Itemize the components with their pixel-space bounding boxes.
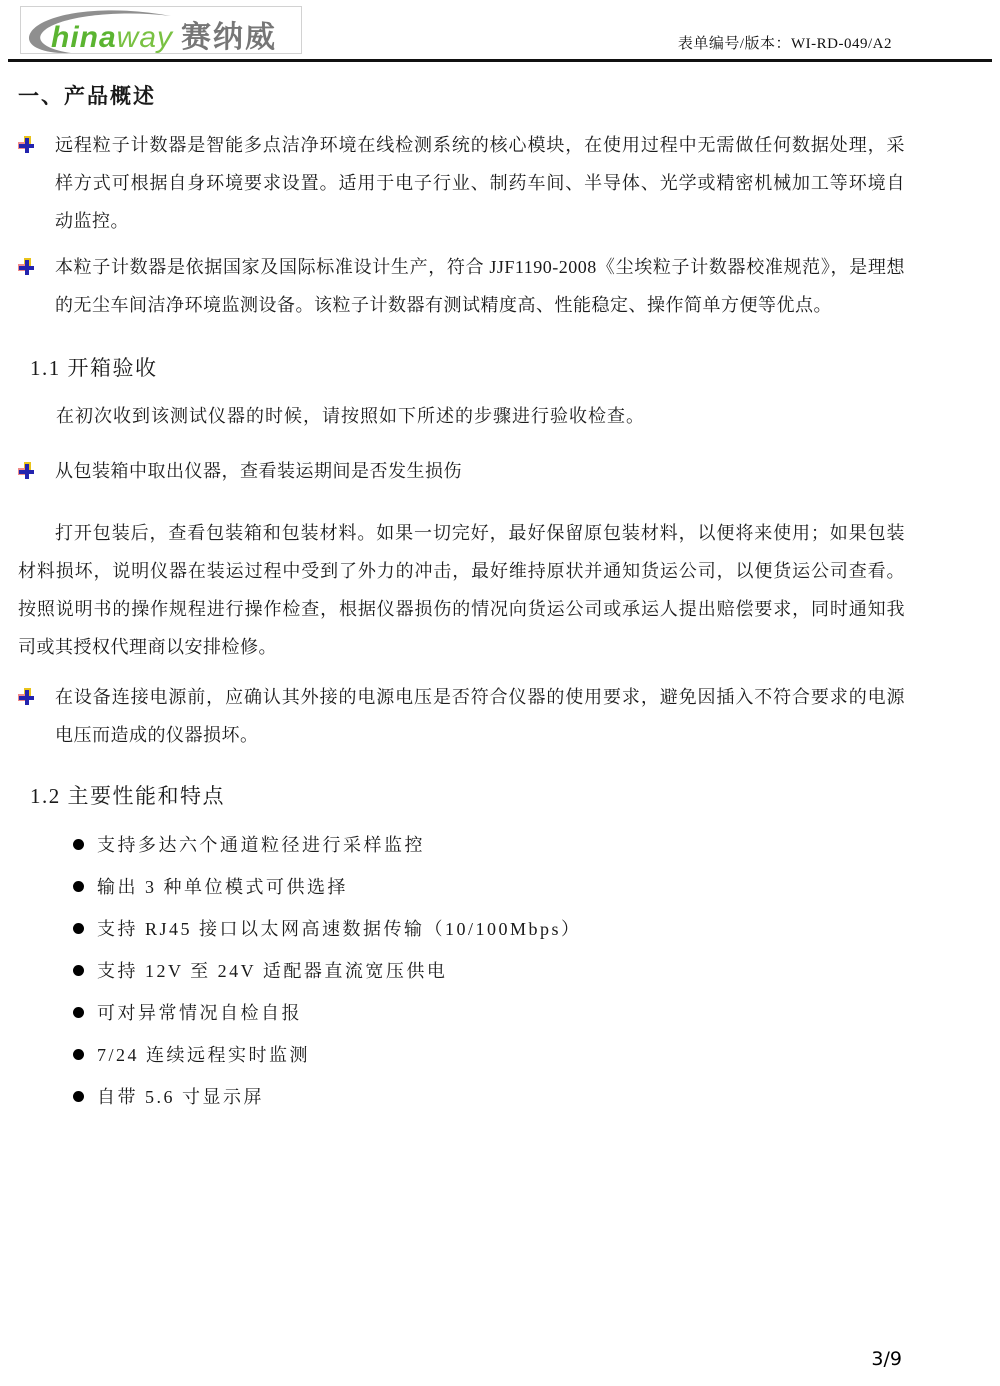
document-page: hinaway赛纳威 表单编号/版本：WI-RD-049/A2 一、产品概述 远…	[0, 0, 1000, 1386]
feature-item: 自带 5.6 寸显示屏	[73, 1084, 905, 1108]
company-logo: hinaway赛纳威	[20, 6, 302, 54]
page-header: hinaway赛纳威 表单编号/版本：WI-RD-049/A2	[8, 0, 992, 62]
flag-bullet-icon	[18, 136, 36, 154]
page-number: 3/9	[871, 1348, 902, 1370]
section-1-1-intro: 在初次收到该测试仪器的时候，请按照如下所述的步骤进行验收检查。	[56, 402, 905, 428]
section-1-title: 一、产品概述	[18, 80, 1000, 110]
flag-bullet-item: 从包装箱中取出仪器，查看装运期间是否发生损伤	[18, 452, 905, 490]
feature-item: 7/24 连续远程实时监测	[73, 1042, 905, 1066]
feature-text: 7/24 连续远程实时监测	[97, 1041, 310, 1067]
section-1-1-title: 1.1 开箱验收	[30, 352, 905, 382]
form-number-label: 表单编号/版本：WI-RD-049/A2	[678, 32, 892, 53]
dot-bullet-icon	[73, 881, 84, 892]
flag-bullet-item: 在设备连接电源前，应确认其外接的电源电压是否符合仪器的使用要求，避免因插入不符合…	[18, 678, 905, 754]
dot-bullet-icon	[73, 1091, 84, 1102]
logo-text: hinaway赛纳威	[51, 12, 277, 56]
feature-item: 支持多达六个通道粒径进行采样监控	[73, 832, 905, 856]
dot-bullet-icon	[73, 1007, 84, 1018]
logo-text-hina: hina	[51, 21, 117, 54]
feature-text: 支持 RJ45 接口以太网高速数据传输（10/100Mbps）	[97, 915, 582, 941]
body-paragraph: 打开包装后，查看包装箱和包装材料。如果一切完好，最好保留原包装材料，以便将来使用…	[18, 514, 905, 666]
bullet-text: 本粒子计数器是依据国家及国际标准设计生产，符合 JJF1190-2008《尘埃粒…	[55, 248, 905, 324]
bullet-text: 远程粒子计数器是智能多点洁净环境在线检测系统的核心模块，在使用过程中无需做任何数…	[55, 126, 905, 240]
dot-bullet-icon	[73, 923, 84, 934]
feature-text: 输出 3 种单位模式可供选择	[97, 873, 348, 899]
feature-item: 输出 3 种单位模式可供选择	[73, 874, 905, 898]
flag-bullet-icon	[18, 688, 36, 706]
flag-bullet-item: 本粒子计数器是依据国家及国际标准设计生产，符合 JJF1190-2008《尘埃粒…	[18, 248, 905, 324]
section-1-2-title: 1.2 主要性能和特点	[30, 780, 905, 810]
bullet-text: 在设备连接电源前，应确认其外接的电源电压是否符合仪器的使用要求，避免因插入不符合…	[55, 678, 905, 754]
dot-bullet-icon	[73, 965, 84, 976]
feature-list: 支持多达六个通道粒径进行采样监控 输出 3 种单位模式可供选择 支持 RJ45 …	[73, 832, 905, 1108]
dot-bullet-icon	[73, 839, 84, 850]
document-body: 远程粒子计数器是智能多点洁净环境在线检测系统的核心模块，在使用过程中无需做任何数…	[0, 126, 1000, 1108]
dot-bullet-icon	[73, 1049, 84, 1060]
feature-item: 支持 RJ45 接口以太网高速数据传输（10/100Mbps）	[73, 916, 905, 940]
feature-item: 可对异常情况自检自报	[73, 1000, 905, 1024]
bullet-text: 从包装箱中取出仪器，查看装运期间是否发生损伤	[55, 452, 905, 490]
flag-bullet-icon	[18, 462, 36, 480]
feature-text: 自带 5.6 寸显示屏	[97, 1083, 264, 1109]
feature-item: 支持 12V 至 24V 适配器直流宽压供电	[73, 958, 905, 982]
logo-text-way: way	[117, 21, 173, 54]
flag-bullet-item: 远程粒子计数器是智能多点洁净环境在线检测系统的核心模块，在使用过程中无需做任何数…	[18, 126, 905, 240]
feature-text: 支持 12V 至 24V 适配器直流宽压供电	[97, 957, 447, 983]
flag-bullet-icon	[18, 258, 36, 276]
feature-text: 支持多达六个通道粒径进行采样监控	[97, 831, 425, 857]
logo-text-cn: 赛纳威	[181, 21, 277, 54]
feature-text: 可对异常情况自检自报	[97, 999, 302, 1025]
